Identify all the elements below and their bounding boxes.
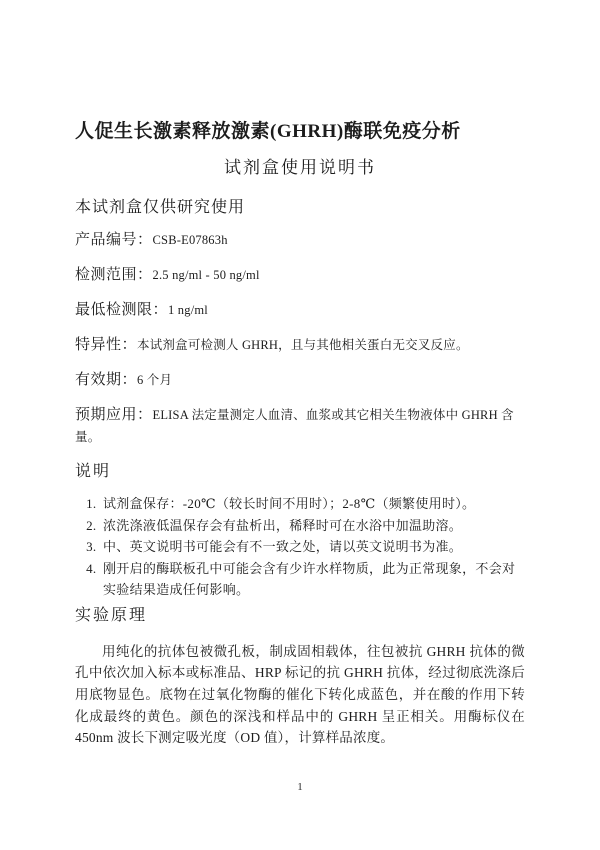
field-product-number-label: 产品编号： <box>75 232 153 248</box>
notes-list: 试剂盒保存：-20℃（较长时间不用时）；2-8℃（频繁使用时）。 浓洗涤液低温保… <box>75 493 525 601</box>
page-number: 1 <box>0 781 600 793</box>
field-shelf-life-label: 有效期： <box>75 372 137 388</box>
research-use-note: 本试剂盒仅供研究使用 <box>75 197 525 219</box>
field-product-number: 产品编号：CSB-E07863h <box>75 229 525 251</box>
document-page: 人促生长激素释放激素(GHRH)酶联免疫分析 试剂盒使用说明书 本试剂盒仅供研究… <box>0 0 600 850</box>
field-detection-range-label: 检测范围： <box>75 267 153 283</box>
field-product-number-value: CSB-E07863h <box>153 233 228 247</box>
field-intended-use: 预期应用：ELISA 法定量测定人血清、血浆或其它相关生物液体中 GHRH 含量… <box>75 404 525 448</box>
note-item-2: 浓洗涤液低温保存会有盐析出，稀释时可在水浴中加温助溶。 <box>100 515 525 537</box>
document-content: 人促生长激素释放激素(GHRH)酶联免疫分析 试剂盒使用说明书 本试剂盒仅供研究… <box>0 0 600 749</box>
principle-text: 用纯化的抗体包被微孔板，制成固相载体，往包被抗 GHRH 抗体的微孔中依次加入标… <box>75 641 525 750</box>
field-specificity-value: 本试剂盒可检测人 GHRH，且与其他相关蛋白无交叉反应。 <box>137 338 469 352</box>
field-sensitivity-value: 1 ng/ml <box>168 303 208 317</box>
field-intended-use-label: 预期应用： <box>75 407 153 423</box>
field-specificity-label: 特异性： <box>75 337 137 353</box>
field-detection-range-value: 2.5 ng/ml - 50 ng/ml <box>153 268 260 282</box>
field-shelf-life-value: 6 个月 <box>137 373 172 387</box>
field-shelf-life: 有效期：6 个月 <box>75 369 525 391</box>
note-item-4: 刚开启的酶联板孔中可能会含有少许水样物质，此为正常现象，不会对实验结果造成任何影… <box>100 558 525 601</box>
field-sensitivity-label: 最低检测限： <box>75 302 168 318</box>
field-specificity: 特异性：本试剂盒可检测人 GHRH，且与其他相关蛋白无交叉反应。 <box>75 334 525 356</box>
document-title-line1: 人促生长激素释放激素(GHRH)酶联免疫分析 <box>75 0 525 144</box>
document-title-line2: 试剂盒使用说明书 <box>75 156 525 180</box>
principle-heading: 实验原理 <box>75 605 525 627</box>
notes-heading: 说明 <box>75 461 525 483</box>
note-item-1: 试剂盒保存：-20℃（较长时间不用时）；2-8℃（频繁使用时）。 <box>100 493 525 515</box>
product-fields: 产品编号：CSB-E07863h 检测范围：2.5 ng/ml - 50 ng/… <box>75 229 525 448</box>
note-item-3: 中、英文说明书可能会有不一致之处，请以英文说明书为准。 <box>100 536 525 558</box>
field-sensitivity: 最低检测限：1 ng/ml <box>75 299 525 321</box>
field-detection-range: 检测范围：2.5 ng/ml - 50 ng/ml <box>75 264 525 286</box>
